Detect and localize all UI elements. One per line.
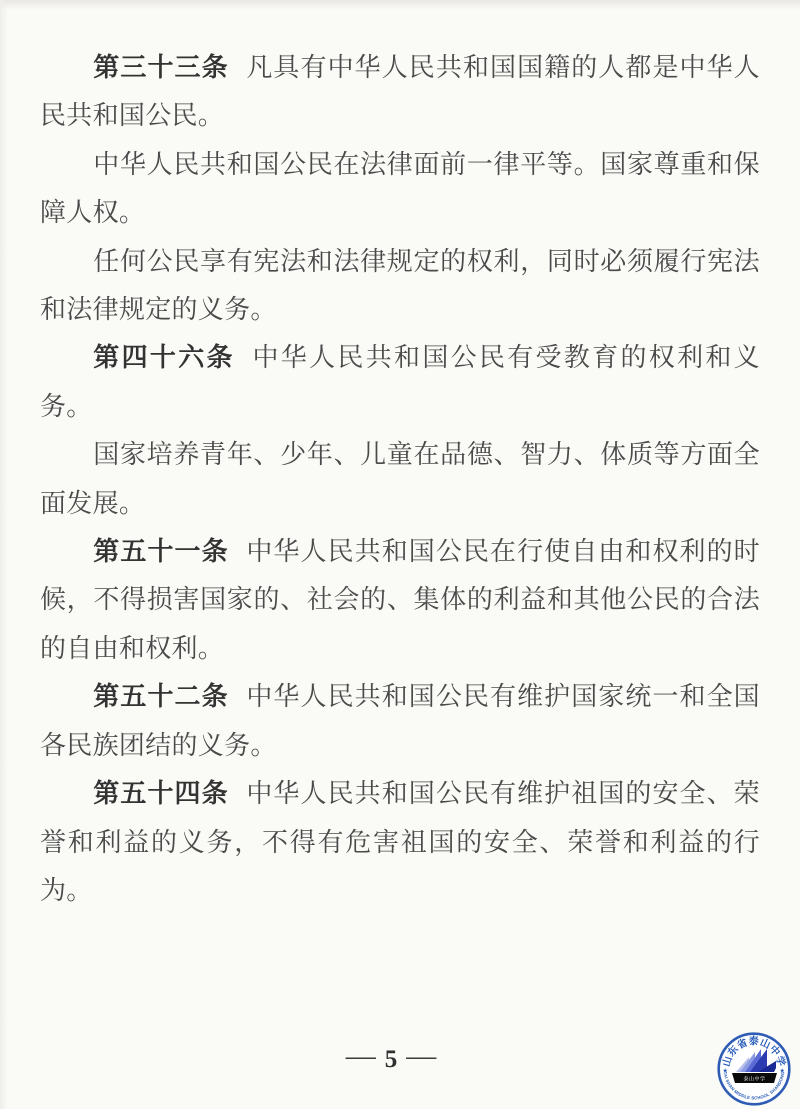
paragraph: 第四十六条中华人民共和国公民有受教育的权利和义务。	[40, 334, 760, 431]
scanned-document-page: { "page": { "background": "#fafaf7", "te…	[0, 0, 800, 1109]
page-number-value: 5	[385, 1046, 398, 1073]
paragraph-text: 国家培养青年、少年、儿童在品德、智力、体质等方面全面发展。	[40, 440, 760, 517]
paragraph: 第五十一条中华人民共和国公民在行使自由和权利的时候，不得损害国家的、社会的、集体…	[40, 528, 760, 673]
article-number: 第五十四条	[93, 779, 228, 808]
paragraph: 中华人民共和国公民在法律面前一律平等。国家尊重和保障人权。	[40, 141, 760, 238]
paragraph-text: 中华人民共和国公民在法律面前一律平等。国家尊重和保障人权。	[40, 150, 760, 227]
paragraph: 任何公民享有宪法和法律规定的权利，同时必须履行宪法和法律规定的义务。	[40, 238, 760, 335]
page-number-dash-left: —	[346, 1039, 376, 1072]
article-number: 第五十二条	[93, 682, 228, 711]
school-logo-seal: 山东省泰山中学 TAI SHAN MIDDLE SCHOOL SHANDONG …	[716, 1031, 792, 1107]
page-number-dash-right: —	[406, 1039, 436, 1072]
article-number: 第四十六条	[93, 343, 235, 372]
scan-top-shade	[0, 0, 800, 10]
paragraph: 国家培养青年、少年、儿童在品德、智力、体质等方面全面发展。	[40, 431, 760, 528]
school-logo-svg: 山东省泰山中学 TAI SHAN MIDDLE SCHOOL SHANDONG …	[716, 1031, 792, 1107]
document-body: 第三十三条凡具有中华人民共和国国籍的人都是中华人民共和国公民。 中华人民共和国公…	[40, 44, 760, 915]
paragraph: 第五十二条中华人民共和国公民有维护国家统一和全国各民族团结的义务。	[40, 673, 760, 770]
paragraph: 第三十三条凡具有中华人民共和国国籍的人都是中华人民共和国公民。	[40, 44, 760, 141]
logo-base-text: 泰山中学	[743, 1076, 765, 1083]
article-number: 第五十一条	[93, 537, 228, 566]
scan-left-shade	[0, 0, 8, 1109]
page-number: —5—	[0, 1041, 782, 1075]
paragraph-text: 任何公民享有宪法和法律规定的权利，同时必须履行宪法和法律规定的义务。	[40, 247, 760, 324]
logo-star-right-icon: ★	[780, 1068, 785, 1075]
paragraph: 第五十四条中华人民共和国公民有维护祖国的安全、荣誉和利益的义务，不得有危害祖国的…	[40, 770, 760, 915]
article-number: 第三十三条	[93, 53, 228, 82]
logo-star-left-icon: ★	[723, 1068, 728, 1075]
